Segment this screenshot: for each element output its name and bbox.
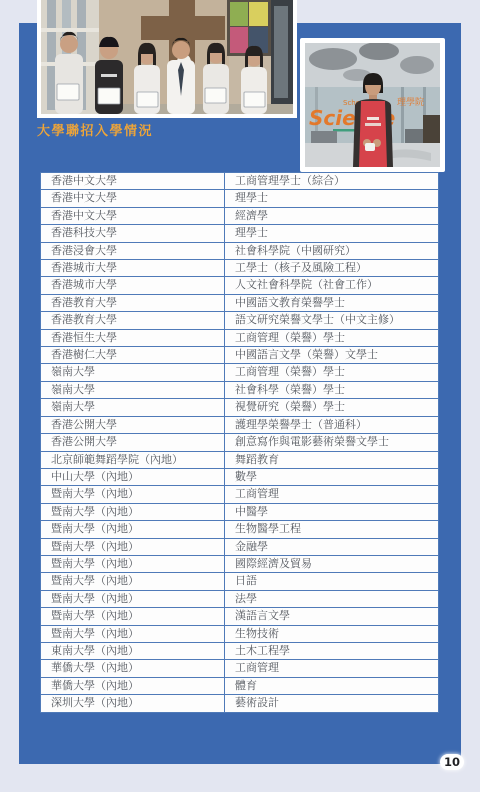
table-row: 香港中文大學 理學士 [41, 190, 439, 207]
university-cell: 香港科技大學 [41, 225, 225, 242]
programme-cell: 工商管理（榮譽）學士 [225, 364, 439, 381]
table-row: 中山大學（內地） 數學 [41, 468, 439, 485]
science-sign-cjk-text: 理學院 [397, 97, 424, 108]
programme-cell: 社會科學院（中國研究） [225, 242, 439, 259]
page-background: School of Science 理學院 大學聯招入學情況 [0, 0, 480, 792]
programme-cell: 語文研究榮譽文學士（中文主修） [225, 312, 439, 329]
university-cell: 中山大學（內地） [41, 468, 225, 485]
programme-cell: 工商管理 [225, 660, 439, 677]
university-cell: 香港樹仁大學 [41, 347, 225, 364]
programme-cell: 數學 [225, 468, 439, 485]
university-cell: 嶺南大學 [41, 364, 225, 381]
university-cell: 暨南大學（內地） [41, 521, 225, 538]
page-number: 10 [440, 754, 464, 770]
admissions-table: 香港中文大學 工商管理學士（綜合） 香港中文大學 理學士 香港中文大學 經濟學 … [40, 172, 439, 713]
table-row: 香港樹仁大學 中國語言文學（榮譽）文學士 [41, 347, 439, 364]
university-cell: 暨南大學（內地） [41, 590, 225, 607]
university-cell: 香港城市大學 [41, 260, 225, 277]
university-cell: 東南大學（內地） [41, 642, 225, 659]
table-row: 香港中文大學 工商管理學士（綜合） [41, 173, 439, 190]
university-cell: 香港公開大學 [41, 434, 225, 451]
section-heading: 大學聯招入學情況 [37, 120, 153, 139]
table-row: 華僑大學（內地） 工商管理 [41, 660, 439, 677]
university-cell: 香港教育大學 [41, 294, 225, 311]
university-cell: 香港中文大學 [41, 190, 225, 207]
university-cell: 暨南大學（內地） [41, 555, 225, 572]
programme-cell: 理學士 [225, 190, 439, 207]
table-row: 香港浸會大學 社會科學院（中國研究） [41, 242, 439, 259]
programme-cell: 理學士 [225, 225, 439, 242]
programme-cell: 藝術設計 [225, 695, 439, 712]
group-photo-illustration [41, 0, 293, 114]
programme-cell: 護理學榮譽學士（普通科） [225, 416, 439, 433]
table-row: 香港科技大學 理學士 [41, 225, 439, 242]
university-cell: 暨南大學（內地） [41, 503, 225, 520]
table-row: 暨南大學（內地） 國際經濟及貿易 [41, 555, 439, 572]
programme-cell: 社會科學（榮譽）學士 [225, 381, 439, 398]
programme-cell: 中國語文教育榮譽學士 [225, 294, 439, 311]
university-cell: 嶺南大學 [41, 381, 225, 398]
table-row: 暨南大學（內地） 金融學 [41, 538, 439, 555]
table-row: 東南大學（內地） 土木工程學 [41, 642, 439, 659]
university-cell: 暨南大學（內地） [41, 573, 225, 590]
university-cell: 香港中文大學 [41, 173, 225, 190]
university-cell: 暨南大學（內地） [41, 608, 225, 625]
table-row: 香港教育大學 中國語文教育榮譽學士 [41, 294, 439, 311]
table-row: 深圳大學（內地） 藝術設計 [41, 695, 439, 712]
table-row: 香港公開大學 創意寫作與電影藝術榮譽文學士 [41, 434, 439, 451]
programme-cell: 工學士（核子及風險工程） [225, 260, 439, 277]
table-row: 嶺南大學 社會科學（榮譽）學士 [41, 381, 439, 398]
science-hall-photo: School of Science 理學院 [300, 38, 445, 172]
table-row: 暨南大學（內地） 漢語言文學 [41, 608, 439, 625]
university-cell: 香港恒生大學 [41, 329, 225, 346]
university-cell: 暨南大學（內地） [41, 486, 225, 503]
university-cell: 深圳大學（內地） [41, 695, 225, 712]
programme-cell: 工商管理學士（綜合） [225, 173, 439, 190]
university-cell: 華僑大學（內地） [41, 660, 225, 677]
admissions-table-wrap: 香港中文大學 工商管理學士（綜合） 香港中文大學 理學士 香港中文大學 經濟學 … [40, 172, 439, 713]
university-cell: 暨南大學（內地） [41, 538, 225, 555]
programme-cell: 人文社會科學院（社會工作） [225, 277, 439, 294]
table-row: 香港教育大學 語文研究榮譽文學士（中文主修） [41, 312, 439, 329]
table-row: 嶺南大學 工商管理（榮譽）學士 [41, 364, 439, 381]
table-row: 香港中文大學 經濟學 [41, 207, 439, 224]
programme-cell: 生物醫學工程 [225, 521, 439, 538]
university-cell: 北京師範舞蹈學院（內地） [41, 451, 225, 468]
programme-cell: 生物技術 [225, 625, 439, 642]
programme-cell: 經濟學 [225, 207, 439, 224]
programme-cell: 工商管理 [225, 486, 439, 503]
programme-cell: 視覺研究（榮譽）學士 [225, 399, 439, 416]
table-row: 暨南大學（內地） 生物醫學工程 [41, 521, 439, 538]
table-row: 香港城市大學 人文社會科學院（社會工作） [41, 277, 439, 294]
programme-cell: 創意寫作與電影藝術榮譽文學士 [225, 434, 439, 451]
university-cell: 暨南大學（內地） [41, 625, 225, 642]
university-cell: 香港公開大學 [41, 416, 225, 433]
table-row: 暨南大學（內地） 中醫學 [41, 503, 439, 520]
programme-cell: 漢語言文學 [225, 608, 439, 625]
university-cell: 華僑大學（內地） [41, 677, 225, 694]
table-row: 北京師範舞蹈學院（內地） 舞蹈教育 [41, 451, 439, 468]
table-row: 暨南大學（內地） 日語 [41, 573, 439, 590]
table-row: 暨南大學（內地） 工商管理 [41, 486, 439, 503]
table-row: 嶺南大學 視覺研究（榮譽）學士 [41, 399, 439, 416]
university-cell: 香港中文大學 [41, 207, 225, 224]
programme-cell: 舞蹈教育 [225, 451, 439, 468]
programme-cell: 體育 [225, 677, 439, 694]
programme-cell: 金融學 [225, 538, 439, 555]
university-cell: 香港浸會大學 [41, 242, 225, 259]
programme-cell: 日語 [225, 573, 439, 590]
table-row: 香港城市大學 工學士（核子及風險工程） [41, 260, 439, 277]
programme-cell: 國際經濟及貿易 [225, 555, 439, 572]
programme-cell: 中國語言文學（榮譽）文學士 [225, 347, 439, 364]
programme-cell: 工商管理（榮譽）學士 [225, 329, 439, 346]
programme-cell: 土木工程學 [225, 642, 439, 659]
university-cell: 香港城市大學 [41, 277, 225, 294]
table-row: 華僑大學（內地） 體育 [41, 677, 439, 694]
table-row: 暨南大學（內地） 生物技術 [41, 625, 439, 642]
table-row: 暨南大學（內地） 法學 [41, 590, 439, 607]
programme-cell: 法學 [225, 590, 439, 607]
university-cell: 嶺南大學 [41, 399, 225, 416]
science-hall-illustration: School of Science 理學院 [305, 43, 440, 167]
table-row: 香港恒生大學 工商管理（榮譽）學士 [41, 329, 439, 346]
university-cell: 香港教育大學 [41, 312, 225, 329]
programme-cell: 中醫學 [225, 503, 439, 520]
students-group-photo [37, 0, 297, 118]
table-row: 香港公開大學 護理學榮譽學士（普通科） [41, 416, 439, 433]
